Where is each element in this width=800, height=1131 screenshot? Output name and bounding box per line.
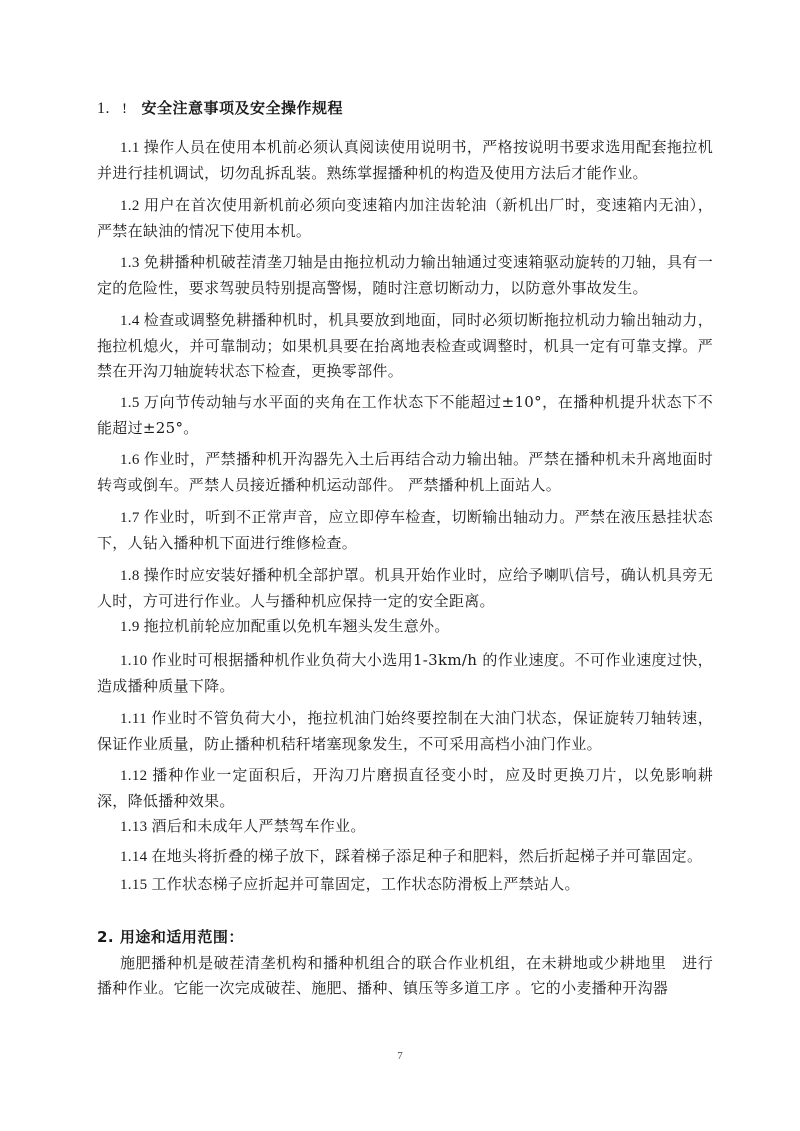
paragraph-1-1: 1.1操作人员在使用本机前必须认真阅读使用说明书，严格按说明书要求选用配套拖拉机… [97,135,713,186]
warning-marker: ! [122,101,128,117]
paragraph-1-15: 1.15工作状态梯子应折起并可靠固定，工作状态防滑板上严禁站人。 [97,872,713,898]
paragraph-1-9: 1.9拖拉机前轮应加配重以免机车翘头发生意外。 [97,614,713,640]
section-2-body: 施肥播种机是破茬清垄机构和播种机组合的联合作业机组，在未耕地或少耕地里 进行播种… [97,951,713,1001]
paragraph-1-6: 1.6作业时，严禁播种机开沟器先入土后再结合动力输出轴。严禁在播种机未升离地面时… [97,447,713,498]
paragraph-1-2: 1.2用户在首次使用新机前必须向变速箱内加注齿轮油（新机出厂时，变速箱内无油），… [97,193,713,244]
paragraph-1-3: 1.3免耕播种机破茬清垄刀轴是由拖拉机动力输出轴通过变速箱驱动旋转的刀轴，具有一… [97,250,713,301]
paragraph-1-5: 1.5万向节传动轴与水平面的夹角在工作状态下不能超过±10°，在播种机提升状态下… [97,390,713,441]
paragraph-1-11: 1.11作业时不管负荷大小，拖拉机油门始终要控制在大油门状态，保证旋转刀轴转速，… [97,706,713,757]
section-1-title: 安全注意事项及安全操作规程 [142,99,344,117]
paragraph-1-13: 1.13酒后和未成年人严禁驾车作业。 [97,814,713,840]
paragraph-1-4: 1.4检查或调整免耕播种机时，机具要放到地面，同时必须切断拖拉机动力输出轴动力，… [97,308,713,384]
page-number: 7 [0,1050,800,1062]
paragraph-1-8: 1.8操作时应安装好播种机全部护罩。机具开始作业时，应给予喇叭信号，确认机具旁无… [97,563,713,614]
paragraph-1-14: 1.14在地头将折叠的梯子放下，踩着梯子添足种子和肥料，然后折起梯子并可靠固定。 [97,844,713,870]
section-1-heading: 1.!安全注意事项及安全操作规程 [97,97,343,118]
paragraph-1-7: 1.7作业时，听到不正常声音，应立即停车检查，切断输出轴动力。严禁在液压悬挂状态… [97,505,713,556]
section-1-number: 1. [97,100,110,117]
section-2-heading: 2. 用途和适用范围： [97,926,244,947]
paragraph-1-10: 1.10作业时可根据播种机作业负荷大小选用1-3km/h 的作业速度。不可作业速… [97,648,713,699]
paragraph-1-12: 1.12播种作业一定面积后，开沟刀片磨损直径变小时，应及时更换刀片，以免影响耕深… [97,763,713,814]
